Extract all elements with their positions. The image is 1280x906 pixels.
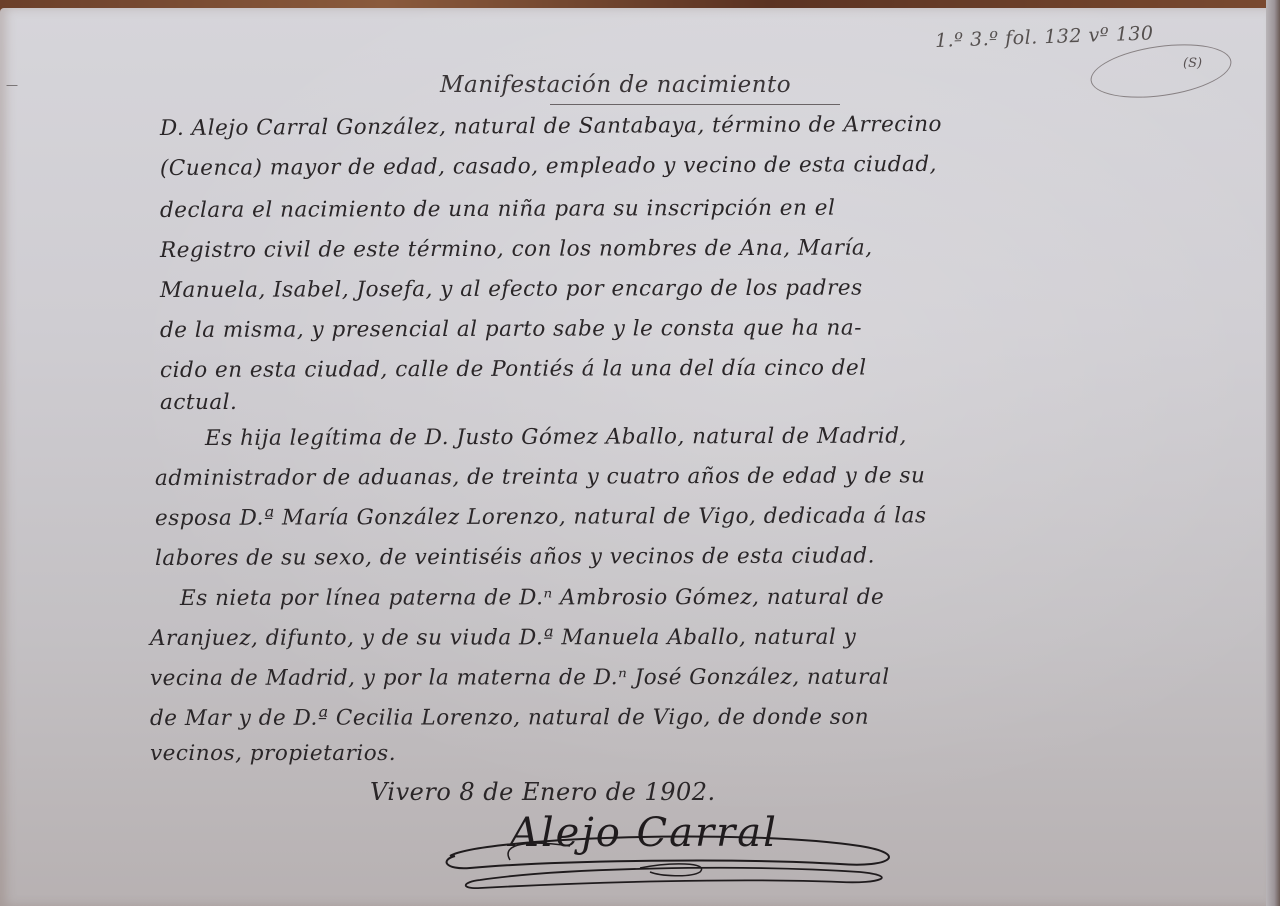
stamp-mark: (S) — [1183, 56, 1202, 71]
text-line: Registro civil de este término, con los … — [160, 236, 873, 263]
text-line: Aranjuez, difunto, y de su viuda D.ª Man… — [150, 625, 856, 651]
signature-block: Alejo Carral — [440, 798, 920, 906]
text-line: de Mar y de D.ª Cecilia Lorenzo, natural… — [150, 705, 869, 731]
document-title: Manifestación de nacimiento — [440, 72, 791, 98]
document-page: 1.º 3.º fol. 132 vº 130 (S) — Manifestac… — [0, 8, 1268, 906]
margin-mark: — — [6, 78, 19, 92]
page-edge — [1266, 0, 1280, 906]
title-underline — [550, 104, 840, 105]
text-line: de la misma, y presencial al parto sabe … — [160, 316, 862, 343]
text-line: actual. — [160, 390, 237, 415]
text-line: declara el nacimiento de una niña para s… — [160, 196, 835, 223]
registry-reference-note: 1.º 3.º fol. 132 vº 130 — [935, 22, 1154, 52]
text-line: administrador de aduanas, de treinta y c… — [155, 463, 925, 491]
signature-flourish-icon — [440, 798, 920, 906]
text-line: cido en esta ciudad, calle de Pontiés á … — [160, 356, 867, 383]
text-line: Es hija legítima de D. Justo Gómez Aball… — [205, 424, 907, 451]
text-line: D. Alejo Carral González, natural de San… — [160, 112, 942, 141]
text-line: Manuela, Isabel, Josefa, y al efecto por… — [160, 276, 863, 303]
oval-stamp — [1087, 36, 1235, 105]
text-line: Es nieta por línea paterna de D.ⁿ Ambros… — [180, 585, 884, 611]
text-line: vecinos, propietarios. — [150, 741, 396, 766]
text-line: labores de su sexo, de veintiséis años y… — [155, 543, 875, 571]
text-line: (Cuenca) mayor de edad, casado, empleado… — [160, 152, 937, 181]
text-line: vecina de Madrid, y por la materna de D.… — [150, 665, 890, 691]
text-line: esposa D.ª María González Lorenzo, natur… — [155, 503, 927, 531]
